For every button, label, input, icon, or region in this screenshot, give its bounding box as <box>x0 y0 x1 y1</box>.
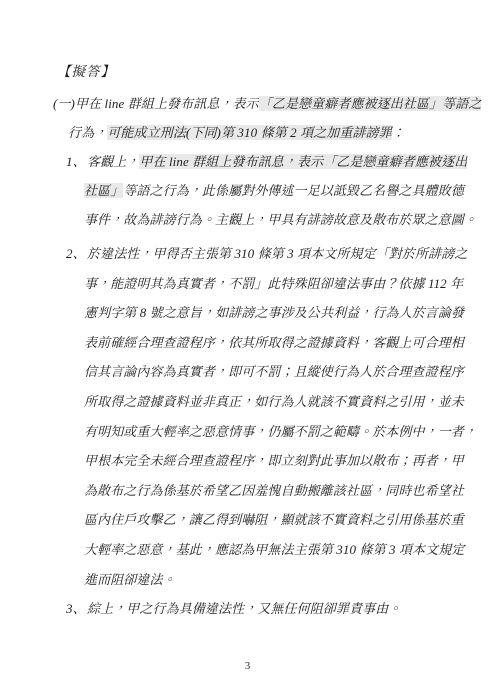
line-text: 信其言論內容為真實者，即可不罰；且縱使行為人於合理查證程序 <box>84 364 464 379</box>
highlighted-text: 可能成立刑法(下同)第 310 條第 2 項之加重誹謗罪 <box>107 125 391 140</box>
text-line: 甲根本完全未經合理查證程序，即立刻對此事加以散布；再者，甲 <box>84 453 464 468</box>
line-text: 等語之行為，此係屬對外傳述一足以詆毀乙名譽之具體敗德 <box>123 183 464 198</box>
line-text: 區內住戶攻擊乙，讓乙得到嚇阻，顯就該不實資料之引用係基於重 <box>84 512 464 527</box>
answer-heading: 【擬答】 <box>57 64 115 79</box>
answer-heading-text: 【擬答】 <box>57 64 115 79</box>
line-text: 事件，故為誹謗行為。主觀上，甲具有誹謗故意及散布於眾之意圖。 <box>84 212 477 227</box>
text-line: 表前確經合理查證程序，依其所取得之證據資料，客觀上可合理相 <box>84 335 464 350</box>
line-text: 所取得之證據資料並非真正，如行為人就該不實資料之引用，並未 <box>84 394 464 409</box>
list-number: 1、 <box>66 154 87 169</box>
line-text: 客觀上， <box>87 154 139 169</box>
text-line: 區內住戶攻擊乙，讓乙得到嚇阻，顯就該不實資料之引用係基於重 <box>84 512 464 527</box>
line-text: 於違法性，甲得否主張第 310 條第 3 項本文所規定「對於所誹謗之 <box>87 246 467 261</box>
line-text: 為散布之行為係基於希望乙因羞愧自動搬離該社區，同時也希望社 <box>84 483 464 498</box>
highlighted-text: 甲在 line 群組上發布訊息，表示「乙是戀童癖者應被逐出 <box>139 154 467 169</box>
highlighted-text: 「乙是戀童癖者應被逐出社區」等語之 <box>259 96 482 111</box>
line-text: ： <box>392 125 405 140</box>
line-text: 有明知或重大輕率之惡意情事，仍屬不罰之範疇。於本例中，一者， <box>84 424 477 439</box>
text-line: (一)甲在 line 群組上發布訊息，表示「乙是戀童癖者應被逐出社區」等語之 <box>53 96 481 111</box>
line-text: 事，能證明其為真實者，不罰」此特殊阻卻違法事由？依據 112 年 <box>84 276 463 291</box>
line-text: 大輕率之惡意，基此，應認為甲無法主張第 310 條第 3 項本文規定 <box>84 542 464 557</box>
text-line: 1、客觀上，甲在 line 群組上發布訊息，表示「乙是戀童癖者應被逐出 <box>66 154 467 169</box>
text-line: 進而阻卻違法。 <box>84 572 176 587</box>
text-line: 所取得之證據資料並非真正，如行為人就該不實資料之引用，並未 <box>84 394 464 409</box>
page-number: 3 <box>0 660 495 672</box>
text-line: 憲判字第 8 號之意旨，如誹謗之事涉及公共利益，行為人於言論發 <box>84 305 464 320</box>
text-line: 2、於違法性，甲得否主張第 310 條第 3 項本文所規定「對於所誹謗之 <box>66 246 467 261</box>
line-text: 綜上，甲之行為具備違法性，又無任何阻卻罪責事由。 <box>87 601 401 616</box>
text-line: 3、綜上，甲之行為具備違法性，又無任何阻卻罪責事由。 <box>66 601 401 616</box>
list-number: 3、 <box>66 601 87 616</box>
line-text: 甲根本完全未經合理查證程序，即立刻對此事加以散布；再者，甲 <box>84 453 464 468</box>
line-text: (一)甲在 line 群組上發布訊息，表示 <box>53 96 259 111</box>
text-line: 大輕率之惡意，基此，應認為甲無法主張第 310 條第 3 項本文規定 <box>84 542 464 557</box>
list-number: 2、 <box>66 246 87 261</box>
text-line: 有明知或重大輕率之惡意情事，仍屬不罰之範疇。於本例中，一者， <box>84 424 477 439</box>
text-line: 事件，故為誹謗行為。主觀上，甲具有誹謗故意及散布於眾之意圖。 <box>84 212 477 227</box>
text-line: 行為，可能成立刑法(下同)第 310 條第 2 項之加重誹謗罪： <box>68 125 405 140</box>
line-text: 憲判字第 8 號之意旨，如誹謗之事涉及公共利益，行為人於言論發 <box>84 305 464 320</box>
page-number-text: 3 <box>245 660 251 672</box>
text-line: 為散布之行為係基於希望乙因羞愧自動搬離該社區，同時也希望社 <box>84 483 464 498</box>
text-line: 信其言論內容為真實者，即可不罰；且縱使行為人於合理查證程序 <box>84 364 464 379</box>
document-page: 【擬答】 (一)甲在 line 群組上發布訊息，表示「乙是戀童癖者應被逐出社區」… <box>0 0 495 700</box>
line-text: 進而阻卻違法。 <box>84 572 176 587</box>
highlighted-text: 社區」 <box>84 183 123 198</box>
line-text: 行為， <box>68 125 107 140</box>
line-text: 表前確經合理查證程序，依其所取得之證據資料，客觀上可合理相 <box>84 335 464 350</box>
text-line: 社區」等語之行為，此係屬對外傳述一足以詆毀乙名譽之具體敗德 <box>84 183 464 198</box>
text-line: 事，能證明其為真實者，不罰」此特殊阻卻違法事由？依據 112 年 <box>84 276 463 291</box>
